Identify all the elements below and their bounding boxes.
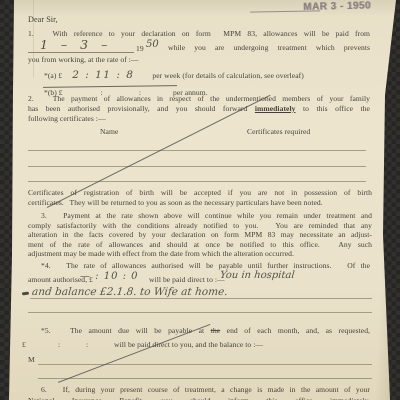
para5-line1-after: end of each month, and, as requested, <box>227 326 370 335</box>
para5-line2: £ : : will be paid direct to you, and th… <box>22 340 372 352</box>
table-header-certificates-required: Certificates required <box>247 127 310 137</box>
date-stamp: MAR 3 - 1950 <box>303 0 371 13</box>
rate-b-strikethrough <box>43 85 177 88</box>
text-line: Certificates of registration of birth wi… <box>28 188 372 198</box>
para1-line2-rest: while you are undergoing treatment which… <box>168 43 370 53</box>
text-line: alteration in the facts covered by your … <box>28 230 372 240</box>
para1-line3: you from working, at the rate of :— <box>28 55 139 65</box>
rate-a-suffix: per week (for details of calculation, se… <box>152 71 303 80</box>
salutation: Dear Sir, <box>28 15 58 25</box>
para2-line2-before: has been authorised provisionally, and y… <box>28 104 247 113</box>
text-line: comply satisfactorily with the condition… <box>28 221 372 231</box>
para6-line1: 6. If, during your present course of tre… <box>28 385 370 395</box>
rate-a-label: *(a) £ <box>44 71 62 80</box>
table-header-name: Name <box>100 127 118 137</box>
rate-b-line: *(b) £ : : per annum. <box>44 82 208 94</box>
para4-line2: amount authorised, £ — : 10 : 0 will be … <box>28 271 388 287</box>
table-rule-1 <box>28 150 366 151</box>
para5-colon1: : <box>58 340 60 350</box>
para5-rule <box>38 378 372 379</box>
text-line: certificates. They will be returned to y… <box>28 198 372 208</box>
text-line: adjustment may be made with effect from … <box>28 249 372 259</box>
para3: 3. Payment at the rate shown above will … <box>28 211 372 259</box>
paper-crease <box>33 0 34 78</box>
letter-paper: MAR 3 - 1950 Dear Sir, 1. With reference… <box>0 0 400 400</box>
para5-currency: £ <box>22 340 26 350</box>
para4-rule-1 <box>30 298 372 299</box>
para4-rule-2 <box>28 312 372 313</box>
handwritten-year: 50 <box>146 39 159 50</box>
pencil-mark <box>22 292 29 296</box>
table-rule-3 <box>28 181 366 182</box>
table-rule-2 <box>28 166 366 167</box>
scanned-letter-photo: MAR 3 - 1950 Dear Sir, 1. With reference… <box>0 0 400 400</box>
para4-line1: *4. The rate of allowances authorised wi… <box>28 261 370 271</box>
para2-line2-after: to this office the <box>303 104 370 113</box>
para2-emphasis: immediately <box>255 104 296 113</box>
para6-line2-partial: National Insurance Benefit, you should i… <box>28 396 370 400</box>
m-underline <box>38 364 372 365</box>
para2-line3: following certificates :— <box>28 114 106 124</box>
handwritten-start-date: 1 – 3 – <box>40 37 109 52</box>
rate-a-amount-handwritten: 2 : 11 : 8 <box>72 69 134 81</box>
printed-year-prefix: 19 <box>136 44 144 54</box>
para5-struck-word: the <box>211 326 220 335</box>
para5-colon2: : <box>86 340 88 350</box>
para1-date-line: 1 – 3 – 19 50 while you are undergoing t… <box>28 41 370 55</box>
para2-line2: has been authorised provisionally, and y… <box>28 104 370 114</box>
certificates-note: Certificates of registration of birth wi… <box>28 188 372 207</box>
m-label: M <box>28 355 35 365</box>
para5-line2-text: will be paid direct to you, and the bala… <box>114 340 263 350</box>
para4-payee-handwritten-1: You in hospital <box>219 270 295 281</box>
para4-line2-after: will be paid direct to :— <box>149 275 225 285</box>
para5-line1-before: *5. The amount due will be payable at <box>41 326 204 335</box>
text-line: ment of the rate of allowances and shoul… <box>28 240 372 250</box>
para4-payee-handwritten-2: and balance £2.1.8. to Wife at home. <box>31 286 228 298</box>
payee-m-line: M <box>28 355 374 367</box>
para2-line1: 2. The payment of allowances in respect … <box>28 94 370 104</box>
para4-amount-handwritten: — : 10 : 0 <box>80 271 139 282</box>
rate-a-line: *(a) £ 2 : 11 : 8 per week (for details … <box>44 65 304 79</box>
text-line: 3. Payment at the rate shown above will … <box>28 211 372 221</box>
